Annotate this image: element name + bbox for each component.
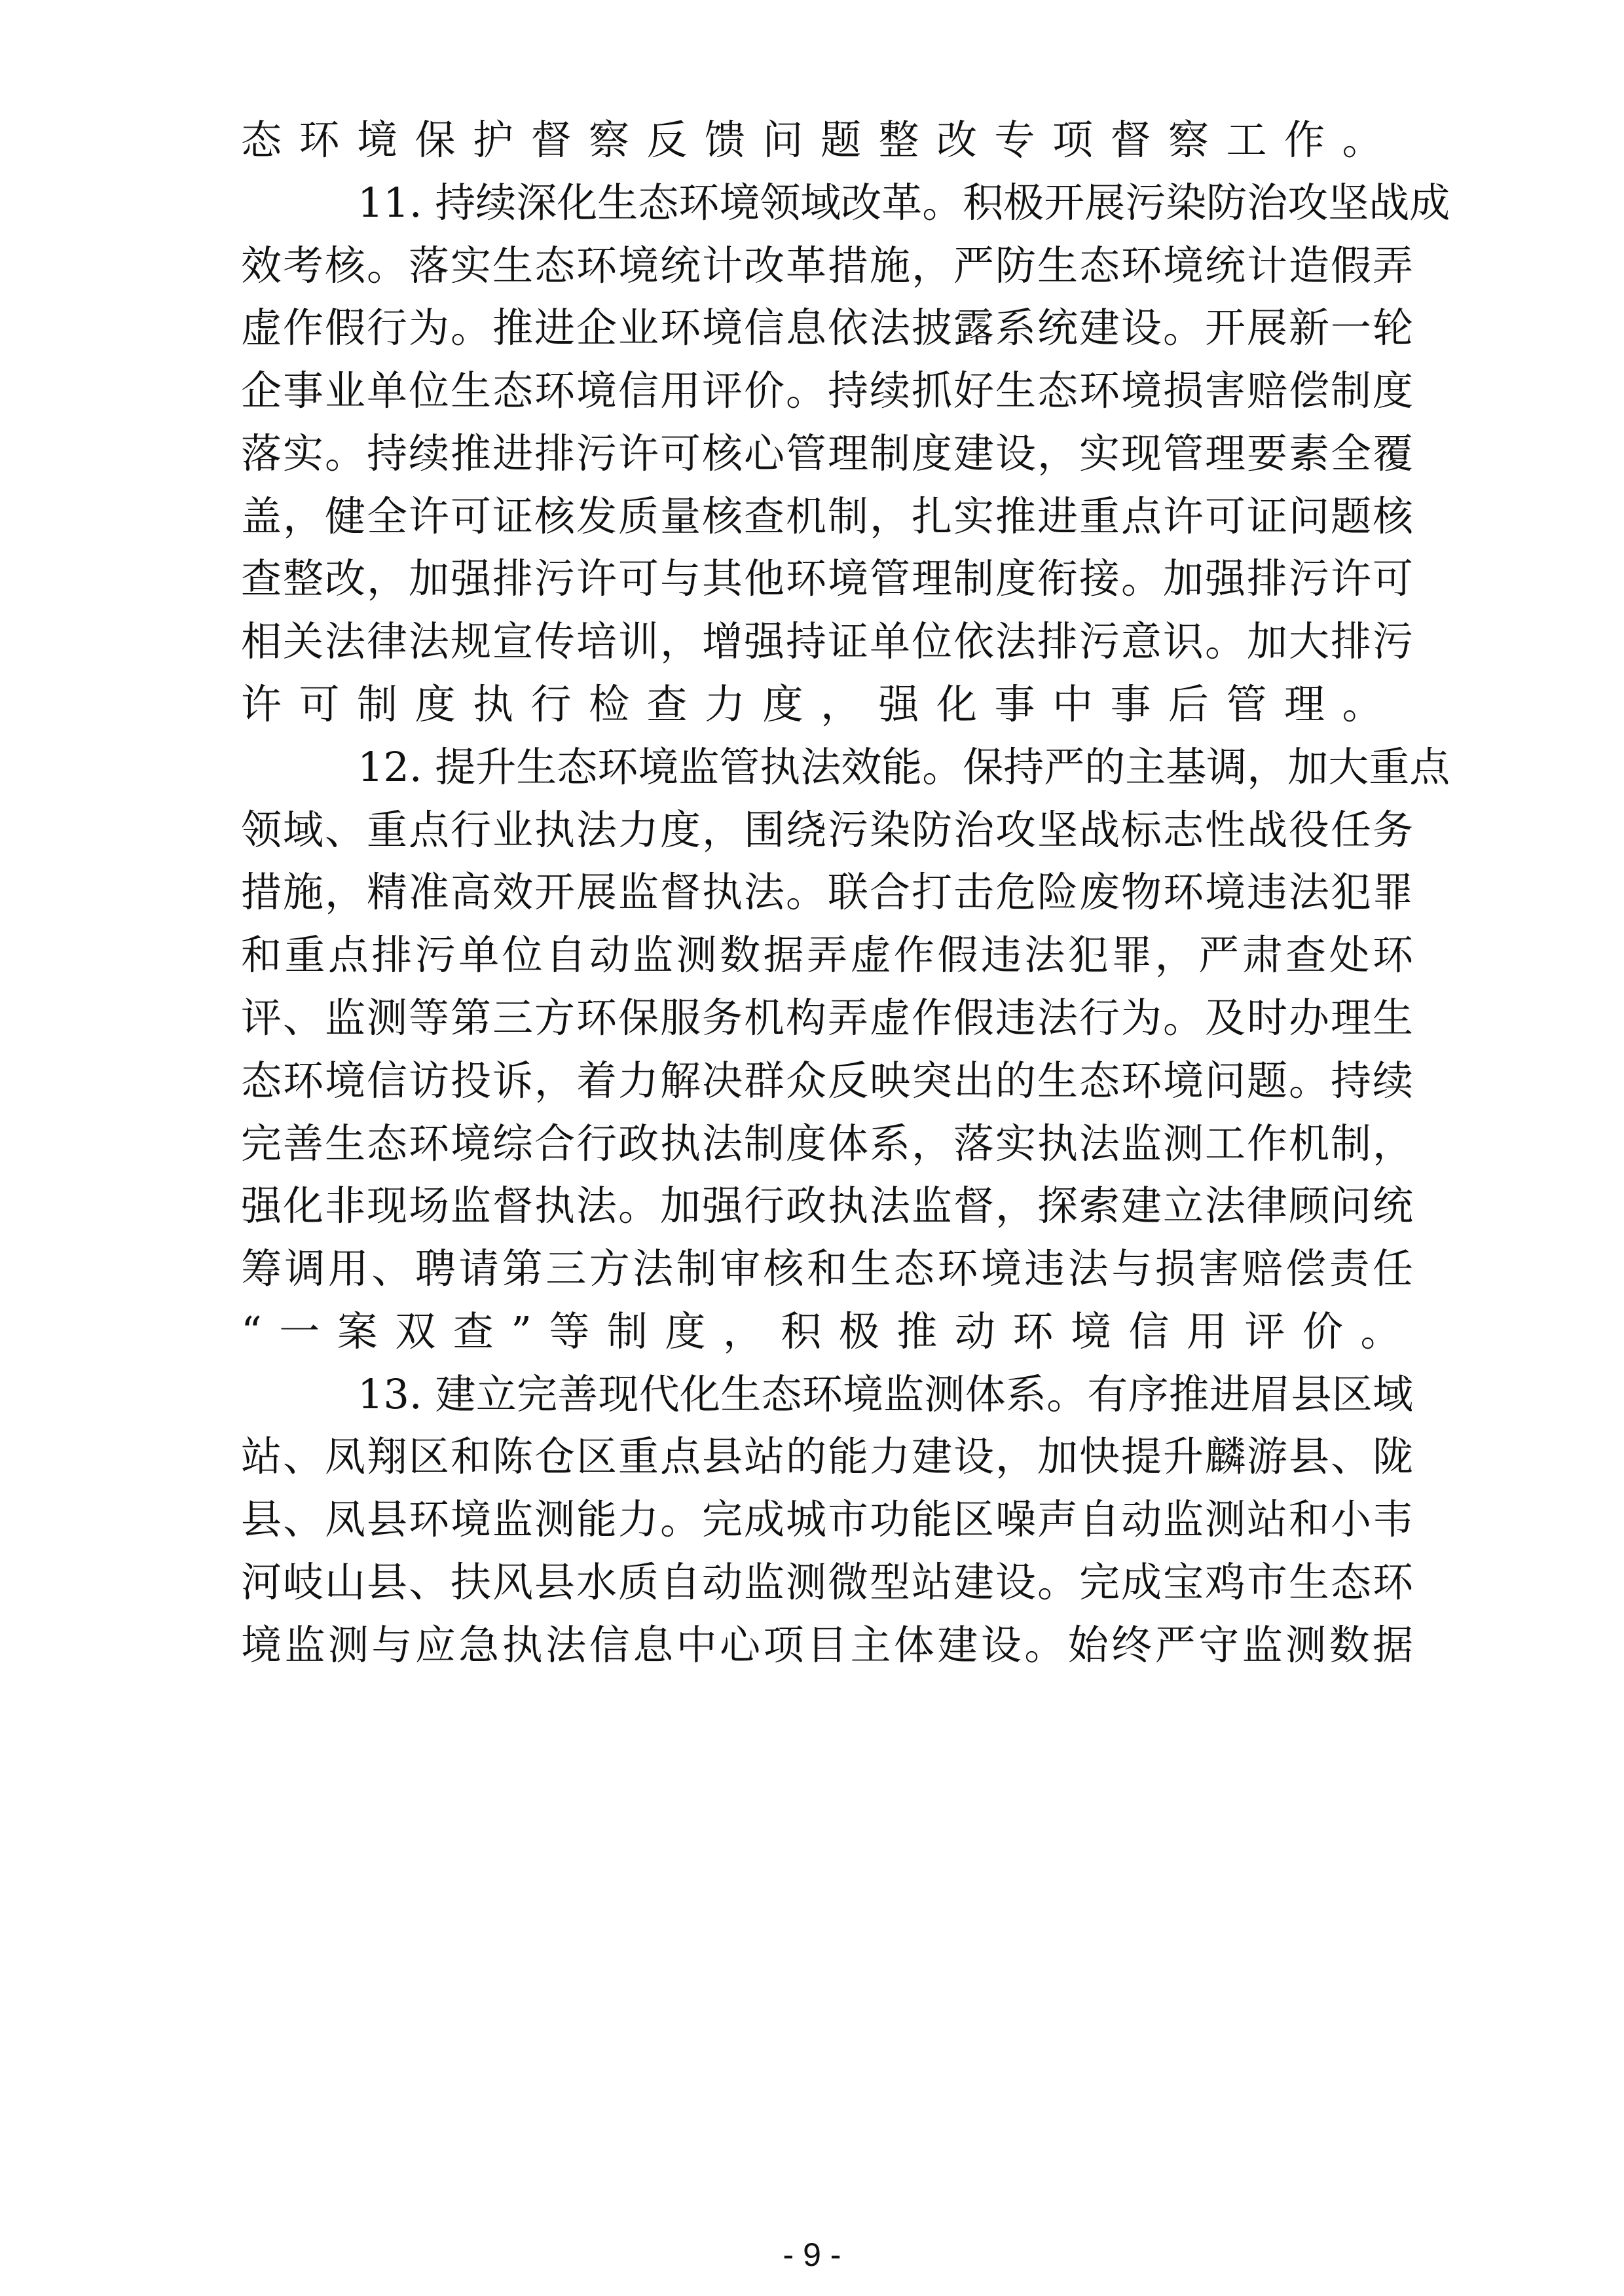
text-line: 13. 建立完善现代化生态环境监测体系。有序推进眉县区域 (241, 1363, 1413, 1426)
text-line: 县、凤县环境监测能力。完成城市功能区噪声自动监测站和小韦 (241, 1488, 1413, 1551)
text-line: 评、监测等第三方环保服务机构弄虚作假违法行为。及时办理生 (241, 987, 1413, 1049)
text-line: 强化非现场监督执法。加强行政执法监督，探索建立法律顾问统 (241, 1175, 1413, 1237)
text-line: 态环境信访投诉，着力解决群众反映突出的生态环境问题。持续 (241, 1049, 1413, 1112)
body-text: 态环境保护督察反馈问题整改专项督察工作。 11. 持续深化生态环境领域改革。积极… (241, 109, 1413, 1677)
text-line: 完善生态环境综合行政执法制度体系，落实执法监测工作机制， (241, 1112, 1413, 1175)
text-line: “一案双查”等制度，积极推动环境信用评价。 (241, 1300, 1413, 1363)
text-line: 境监测与应急执法信息中心项目主体建设。始终严守监测数据 (241, 1614, 1413, 1677)
text-line: 落实。持续推进排污许可核心管理制度建设，实现管理要素全覆 (241, 422, 1413, 485)
text-line: 企事业单位生态环境信用评价。持续抓好生态环境损害赔偿制度 (241, 359, 1413, 422)
text-line: 查整改，加强排污许可与其他环境管理制度衔接。加强排污许可 (241, 547, 1413, 610)
text-line: 河岐山县、扶风县水质自动监测微型站建设。完成宝鸡市生态环 (241, 1551, 1413, 1614)
text-line: 虚作假行为。推进企业环境信息依法披露系统建设。开展新一轮 (241, 297, 1413, 359)
text-line: 11. 持续深化生态环境领域改革。积极开展污染防治攻坚战成 (241, 172, 1413, 234)
text-line: 12. 提升生态环境监管执法效能。保持严的主基调，加大重点 (241, 736, 1413, 799)
text-line: 领域、重点行业执法力度，围绕污染防治攻坚战标志性战役任务 (241, 799, 1413, 862)
document-page: 态环境保护督察反馈问题整改专项督察工作。 11. 持续深化生态环境领域改革。积极… (0, 0, 1624, 2296)
text-line: 态环境保护督察反馈问题整改专项督察工作。 (241, 109, 1413, 172)
page-number: - 9 - (0, 2236, 1624, 2274)
text-line: 措施，精准高效开展监督执法。联合打击危险废物环境违法犯罪 (241, 861, 1413, 924)
text-line: 筹调用、聘请第三方法制审核和生态环境违法与损害赔偿责任 (241, 1237, 1413, 1300)
text-line: 相关法律法规宣传培训，增强持证单位依法排污意识。加大排污 (241, 610, 1413, 673)
text-line: 盖，健全许可证核发质量核查机制，扎实推进重点许可证问题核 (241, 485, 1413, 548)
text-line: 效考核。落实生态环境统计改革措施，严防生态环境统计造假弄 (241, 234, 1413, 297)
text-line: 许可制度执行检查力度，强化事中事后管理。 (241, 673, 1413, 736)
text-line: 站、凤翔区和陈仓区重点县站的能力建设，加快提升麟游县、陇 (241, 1425, 1413, 1488)
text-line: 和重点排污单位自动监测数据弄虚作假违法犯罪，严肃查处环 (241, 924, 1413, 987)
